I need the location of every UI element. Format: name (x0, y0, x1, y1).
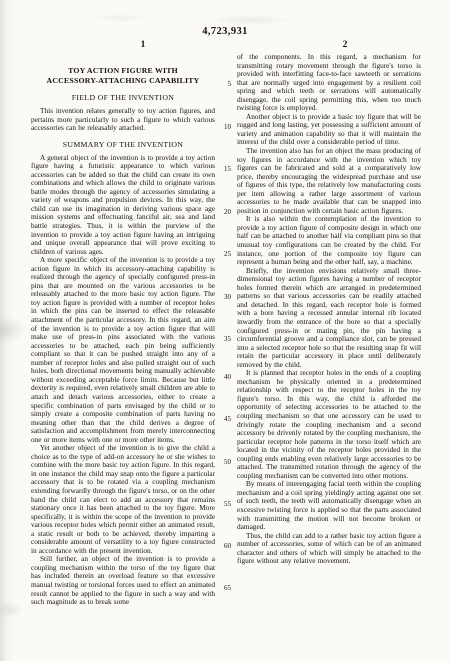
paragraph-right-7: By means of interengaging facial teeth w… (237, 480, 421, 531)
paragraph-right-3: The invention also has for an object the… (237, 147, 421, 215)
paragraph-summary-3: Yet another object of the invention is t… (31, 444, 215, 555)
line-number-45: 45 (215, 415, 231, 423)
right-column: of the components. In this regard, a mec… (237, 53, 421, 566)
line-number-65: 65 (215, 584, 231, 592)
paragraph-right-5: Briefly, the invention envisions relativ… (237, 267, 421, 370)
line-number-50: 50 (215, 458, 231, 466)
paragraph-summary-2: A more specific object of the invention … (31, 256, 215, 444)
line-number-35: 35 (215, 335, 231, 343)
paragraph-summary-1: A general object of the invention is to … (31, 154, 215, 257)
paragraph-right-6: It is planned that receptor holes in the… (237, 369, 421, 480)
line-number-5: 5 (215, 80, 231, 88)
invention-title-line-2: ACCESSORY-ATTACHING CAPABILITY (31, 76, 215, 86)
paragraph-right-4: It is also within the contemplation of t… (237, 215, 421, 266)
summary-of-invention-heading: SUMMARY OF THE INVENTION (31, 140, 215, 149)
paragraph-right-1: of the components. In this regard, a mec… (237, 53, 421, 113)
line-number-55: 55 (215, 500, 231, 508)
column-number-left: 1 (131, 40, 155, 50)
paragraph-summary-4: Still further, an object of the inventio… (31, 555, 215, 606)
line-number-20: 20 (215, 208, 231, 216)
field-of-invention-heading: FIELD OF THE INVENTION (31, 93, 215, 102)
line-number-30: 30 (215, 293, 231, 301)
line-number-10: 10 (215, 123, 231, 131)
patent-page: 4,723,931 1 2 TOY ACTION FIGURE WITH ACC… (0, 0, 450, 661)
invention-title-line-1: TOY ACTION FIGURE WITH (31, 66, 215, 76)
line-number-60: 60 (215, 542, 231, 550)
line-number-25: 25 (215, 250, 231, 258)
paragraph-field-1: This invention relates generally to toy … (31, 107, 215, 133)
patent-number: 4,723,931 (0, 26, 450, 37)
invention-title: TOY ACTION FIGURE WITH ACCESSORY-ATTACHI… (31, 66, 215, 85)
paragraph-right-8: Thus, the child can add to a rather basi… (237, 532, 421, 566)
line-number-40: 40 (215, 373, 231, 381)
paragraph-right-2: Another object is to provide a basic toy… (237, 113, 421, 147)
line-number-15: 15 (215, 165, 231, 173)
left-column: TOY ACTION FIGURE WITH ACCESSORY-ATTACHI… (31, 66, 215, 607)
column-number-right: 2 (333, 40, 357, 50)
